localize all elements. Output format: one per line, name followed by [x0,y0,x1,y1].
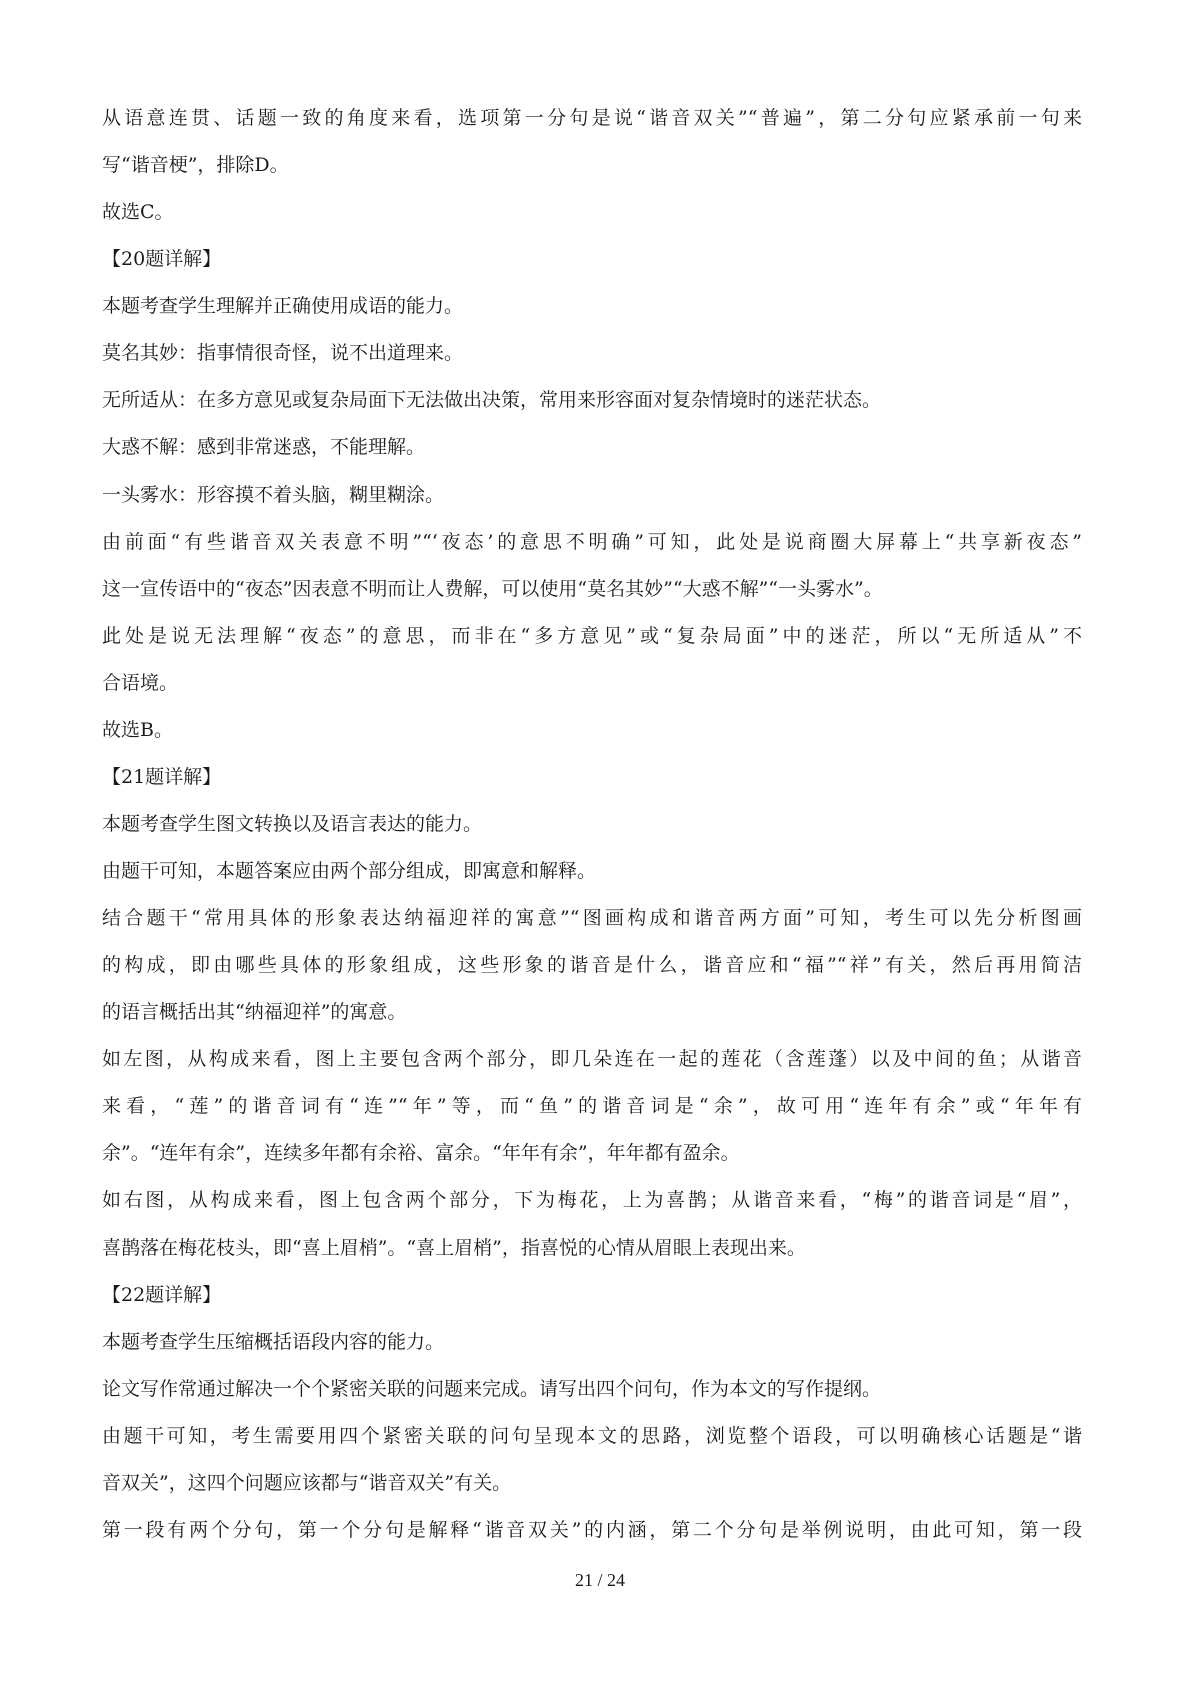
text-line: 第一段有两个分句，第一个分句是解释“谐音双关”的内涵，第二个分句是举例说明，由此… [102,1507,1082,1554]
text-line: 这一宣传语中的“夜态”因表意不明而让人费解，可以使用“莫名其妙”“大惑不解”“一… [102,566,1082,613]
text-line: 本题考查学生压缩概括语段内容的能力。 [102,1319,1082,1366]
text-line: 的构成，即由哪些具体的形象组成，这些形象的谐音是什么，谐音应和“福”“祥”有关，… [102,942,1082,989]
text-line: 由题干可知，考生需要用四个紧密关联的问句呈现本文的思路，浏览整个语段，可以明确核… [102,1413,1082,1460]
section-heading-21: 【21题详解】 [102,754,1082,801]
text-line: 此处是说无法理解“夜态”的意思，而非在“多方意见”或“复杂局面”中的迷茫，所以“… [102,613,1082,660]
text-line: 由前面“有些谐音双关表意不明”“‘夜态’的意思不明确”可知，此处是说商圈大屏幕上… [102,519,1082,566]
text-line: 本题考查学生图文转换以及语言表达的能力。 [102,801,1082,848]
text-line: 大惑不解：感到非常迷惑，不能理解。 [102,424,1082,471]
text-line: 如右图，从构成来看，图上包含两个部分，下为梅花，上为喜鹊；从谐音来看，“梅”的谐… [102,1177,1082,1224]
text-line: 音双关”，这四个问题应该都与“谐音双关”有关。 [102,1460,1082,1507]
section-heading-20: 【20题详解】 [102,236,1082,283]
text-line: 从语意连贯、话题一致的角度来看，选项第一分句是说“谐音双关”“普遍”，第二分句应… [102,95,1082,142]
text-line: 由题干可知，本题答案应由两个部分组成，即寓意和解释。 [102,848,1082,895]
text-line: 的语言概括出其“纳福迎祥”的寓意。 [102,989,1082,1036]
text-line: 论文写作常通过解决一个个紧密关联的问题来完成。请写出四个问句，作为本文的写作提纲… [102,1366,1082,1413]
text-line: 合语境。 [102,660,1082,707]
text-line: 莫名其妙：指事情很奇怪，说不出道理来。 [102,330,1082,377]
text-line: 一头雾水：形容摸不着头脑，糊里糊涂。 [102,472,1082,519]
text-line: 本题考查学生理解并正确使用成语的能力。 [102,283,1082,330]
text-line: 如左图，从构成来看，图上主要包含两个部分，即几朵连在一起的莲花（含莲蓬）以及中间… [102,1036,1082,1083]
text-line: 余”。“连年有余”，连续多年都有余裕、富余。“年年有余”，年年都有盈余。 [102,1130,1082,1177]
text-line: 来看，“莲”的谐音词有“连”“年”等，而“鱼”的谐音词是“余”，故可用“连年有余… [102,1083,1082,1130]
section-heading-22: 【22题详解】 [102,1272,1082,1319]
document-body: 从语意连贯、话题一致的角度来看，选项第一分句是说“谐音双关”“普遍”，第二分句应… [102,95,1082,1554]
text-line: 故选B。 [102,707,1082,754]
document-page: 从语意连贯、话题一致的角度来看，选项第一分句是说“谐音双关”“普遍”，第二分句应… [0,0,1200,1697]
text-line: 无所适从：在多方意见或复杂局面下无法做出决策，常用来形容面对复杂情境时的迷茫状态… [102,377,1082,424]
text-line: 写“谐音梗”，排除D。 [102,142,1082,189]
page-number: 21 / 24 [0,1570,1200,1591]
text-line: 喜鹊落在梅花枝头，即“喜上眉梢”。“喜上眉梢”，指喜悦的心情从眉眼上表现出来。 [102,1225,1082,1272]
text-line: 结合题干“常用具体的形象表达纳福迎祥的寓意”“图画构成和谐音两方面”可知，考生可… [102,895,1082,942]
text-line: 故选C。 [102,189,1082,236]
